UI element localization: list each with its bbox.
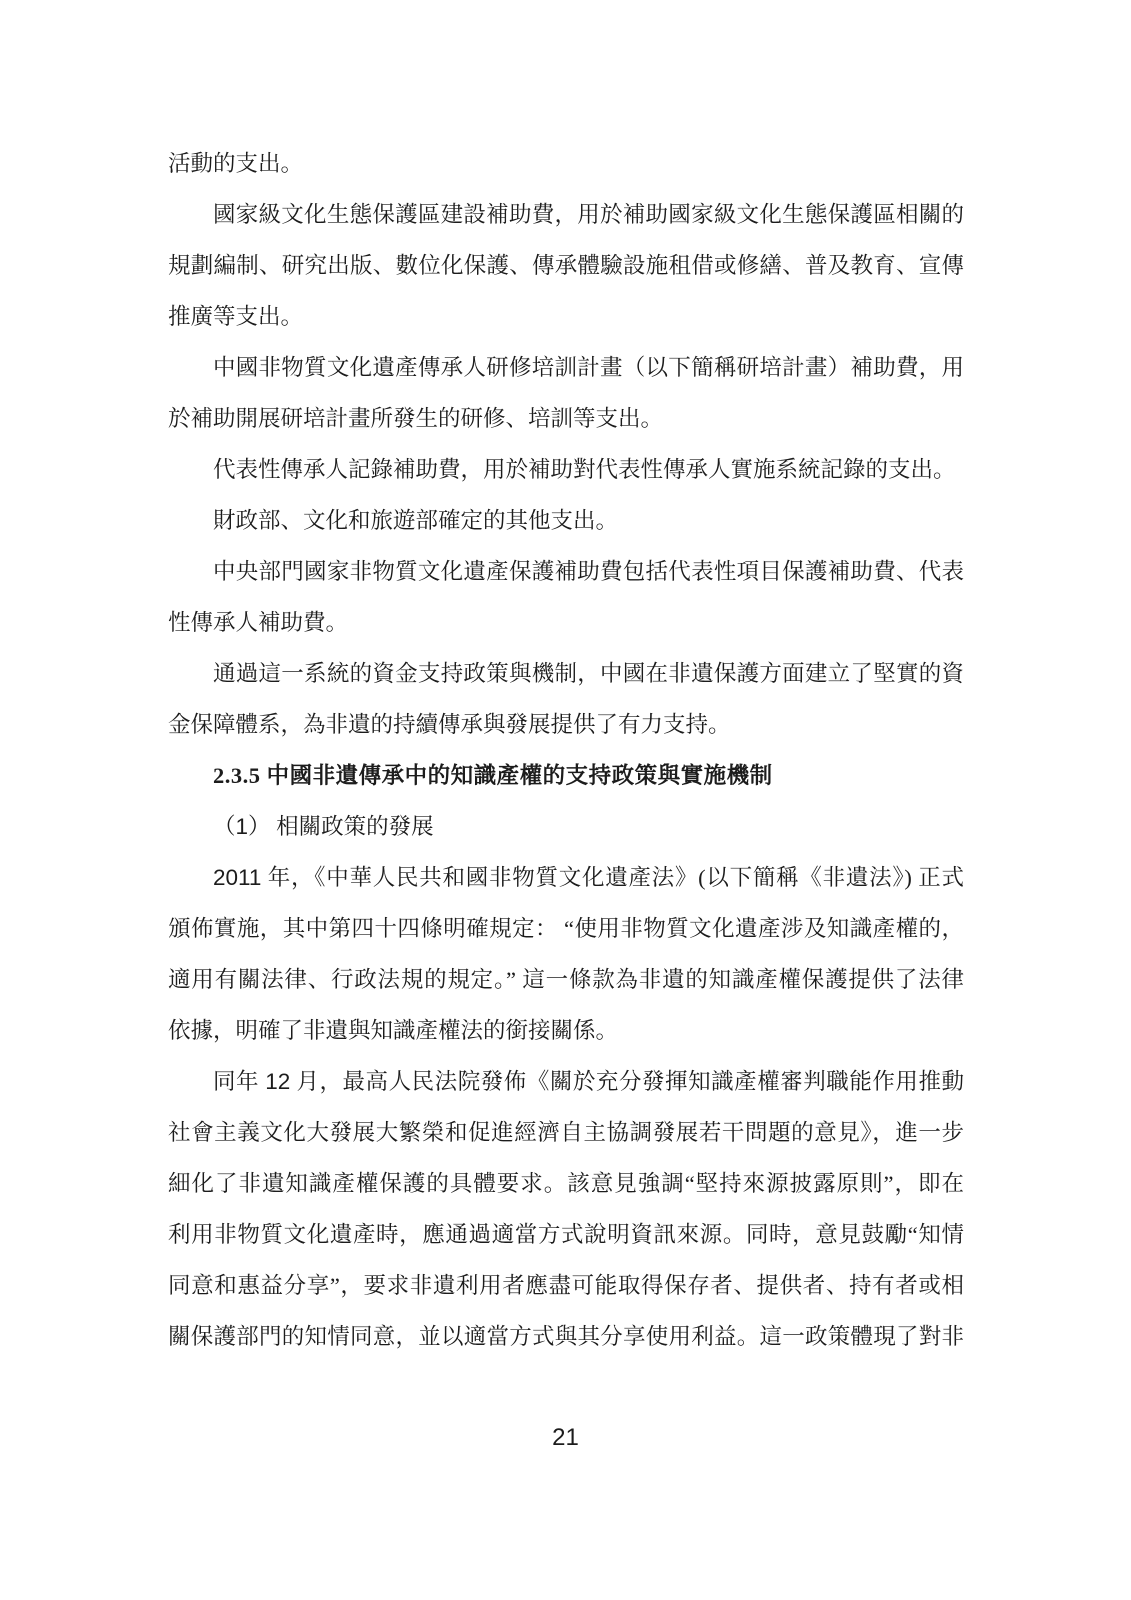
text-line: （1） 相關政策的發展 bbox=[168, 801, 964, 852]
text-line: 代表性傳承人記錄補助費，用於補助對代表性傳承人實施系統記錄的支出。 bbox=[168, 444, 964, 495]
numeral: 1 bbox=[236, 814, 249, 839]
text-line: 中國非物質文化遺產傳承人研修培訓計畫（以下簡稱研培計畫）補助費，用 bbox=[168, 342, 964, 393]
text-line: 社會主義文化大發展大繁榮和促進經濟自主協調發展若干問題的意見》，進一步 bbox=[168, 1107, 964, 1158]
document-body: 活動的支出。國家級文化生態保護區建設補助費，用於補助國家級文化生態保護區相關的規… bbox=[168, 138, 964, 1362]
text-line: 規劃編制、研究出版、數位化保護、傳承體驗設施租借或修繕、普及教育、宣傳 bbox=[168, 240, 964, 291]
document-page: 活動的支出。國家級文化生態保護區建設補助費，用於補助國家級文化生態保護區相關的規… bbox=[0, 0, 1131, 1600]
text-line: 國家級文化生態保護區建設補助費，用於補助國家級文化生態保護區相關的 bbox=[168, 189, 964, 240]
numeral: 12 bbox=[265, 1069, 290, 1094]
text-line: 利用非物質文化遺產時，應通過適當方式說明資訊來源。同時，意見鼓勵“知情 bbox=[168, 1209, 964, 1260]
text-line: 同意和惠益分享”，要求非遺利用者應盡可能取得保存者、提供者、持有者或相 bbox=[168, 1260, 964, 1311]
numeral: 2011 bbox=[213, 865, 261, 890]
page-number: 21 bbox=[0, 1424, 1131, 1452]
text-line: 適用有關法律、行政法規的規定。” 這一條款為非遺的知識產權保護提供了法律 bbox=[168, 954, 964, 1005]
text-line: 推廣等支出。 bbox=[168, 291, 964, 342]
text-line: 細化了非遺知識產權保護的具體要求。該意見強調“堅持來源披露原則”，即在 bbox=[168, 1158, 964, 1209]
text-line: 頒佈實施，其中第四十四條明確規定： “使用非物質文化遺產涉及知識產權的， bbox=[168, 903, 964, 954]
text-line: 活動的支出。 bbox=[168, 138, 964, 189]
text-line: 2011 年，《中華人民共和國非物質文化遺產法》(以下簡稱《非遺法》) 正式 bbox=[168, 852, 964, 903]
text-line: 中央部門國家非物質文化遺產保護補助費包括代表性項目保護補助費、代表 bbox=[168, 546, 964, 597]
section-heading: 2.3.5 中國非遺傳承中的知識產權的支持政策與實施機制 bbox=[168, 750, 964, 801]
text-line: 關保護部門的知情同意，並以適當方式與其分享使用利益。這一政策體現了對非 bbox=[168, 1311, 964, 1362]
text-line: 依據，明確了非遺與知識產權法的銜接關係。 bbox=[168, 1005, 964, 1056]
text-line: 財政部、文化和旅遊部確定的其他支出。 bbox=[168, 495, 964, 546]
text-line: 通過這一系統的資金支持政策與機制，中國在非遺保護方面建立了堅實的資 bbox=[168, 648, 964, 699]
text-line: 金保障體系，為非遺的持續傳承與發展提供了有力支持。 bbox=[168, 699, 964, 750]
text-line: 性傳承人補助費。 bbox=[168, 597, 964, 648]
text-line: 於補助開展研培計畫所發生的研修、培訓等支出。 bbox=[168, 393, 964, 444]
text-line: 同年 12 月，最高人民法院發佈《關於充分發揮知識產權審判職能作用推動 bbox=[168, 1056, 964, 1107]
